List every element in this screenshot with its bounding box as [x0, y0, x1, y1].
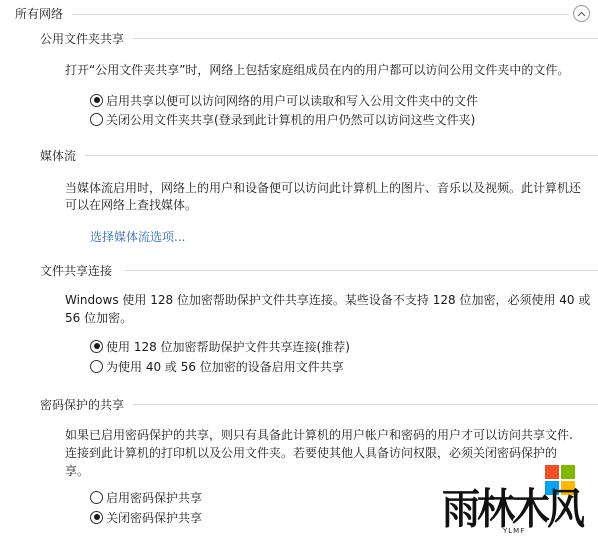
radio-unchecked-icon[interactable] — [90, 113, 103, 126]
chevron-up-icon — [577, 11, 586, 17]
radio-enable-public-sharing[interactable]: 启用共享以便可以访问网络的用户可以读取和写入公用文件夹中的文件 — [90, 91, 478, 109]
option-label: 关闭公用文件夹共享(登录到此计算机的用户仍然可以访问这些文件夹) — [106, 111, 475, 128]
choose-media-streaming-options-link[interactable]: 选择媒体流选项... — [90, 228, 185, 245]
radio-disable-public-sharing[interactable]: 关闭公用文件夹共享(登录到此计算机的用户仍然可以访问这些文件夹) — [90, 110, 475, 128]
radio-unchecked-icon[interactable] — [90, 491, 103, 504]
media-description-line2: 可以在网络上查找媒体。 — [65, 195, 197, 215]
collapse-button[interactable] — [573, 5, 590, 22]
radio-enable-password-sharing[interactable]: 启用密码保护共享 — [90, 488, 202, 506]
radio-checked-icon[interactable] — [90, 340, 103, 353]
group-title-password-protected-sharing: 密码保护的共享 — [40, 396, 124, 413]
watermark-logo-text: 雨林木风 — [442, 487, 582, 531]
group-divider — [133, 404, 598, 405]
watermark-logo-sub: YLMF — [503, 527, 525, 535]
radio-128bit-encryption[interactable]: 使用 128 位加密帮助保护文件共享连接(推荐) — [90, 337, 350, 355]
option-label: 为使用 40 或 56 位加密的设备启用文件共享 — [106, 358, 344, 375]
encryption-description-line1: Windows 使用 128 位加密帮助保护文件共享连接。某些设备不支持 128… — [65, 290, 590, 310]
group-divider — [85, 155, 598, 156]
password-description-line2: 连接到此计算机的打印机以及公用文件夹。若要使其他人具备访问权限，必须关闭密码保护… — [65, 443, 557, 463]
option-label: 使用 128 位加密帮助保护文件共享连接(推荐) — [106, 338, 350, 355]
radio-40-56bit-encryption[interactable]: 为使用 40 或 56 位加密的设备启用文件共享 — [90, 357, 344, 375]
radio-checked-icon[interactable] — [90, 511, 103, 524]
option-label: 启用密码保护共享 — [106, 489, 202, 506]
radio-unchecked-icon[interactable] — [90, 360, 103, 373]
option-label: 启用共享以便可以访问网络的用户可以读取和写入公用文件夹中的文件 — [106, 92, 478, 109]
section-title: 所有网络 — [15, 5, 63, 22]
group-divider — [125, 270, 598, 271]
group-divider — [133, 38, 598, 39]
section-divider — [72, 14, 569, 15]
group-title-media-streaming: 媒体流 — [40, 147, 76, 164]
group-title-public-folder: 公用文件夹共享 — [40, 30, 124, 47]
group-title-file-sharing-connections: 文件共享连接 — [40, 262, 112, 279]
option-label: 关闭密码保护共享 — [106, 509, 202, 526]
password-description-line3: 享。 — [65, 461, 89, 481]
public-folder-description: 打开“公用文件夹共享”时，网络上包括家庭组成员在内的用户都可以访问公用文件夹中的… — [65, 60, 569, 80]
encryption-description-line2: 56 位加密。 — [65, 308, 132, 328]
radio-disable-password-sharing[interactable]: 关闭密码保护共享 — [90, 508, 202, 526]
password-description-line1: 如果已启用密码保护的共享，则只有具备此计算机的用户帐户和密码的用户才可以访问共享… — [65, 425, 573, 445]
radio-checked-icon[interactable] — [90, 94, 103, 107]
